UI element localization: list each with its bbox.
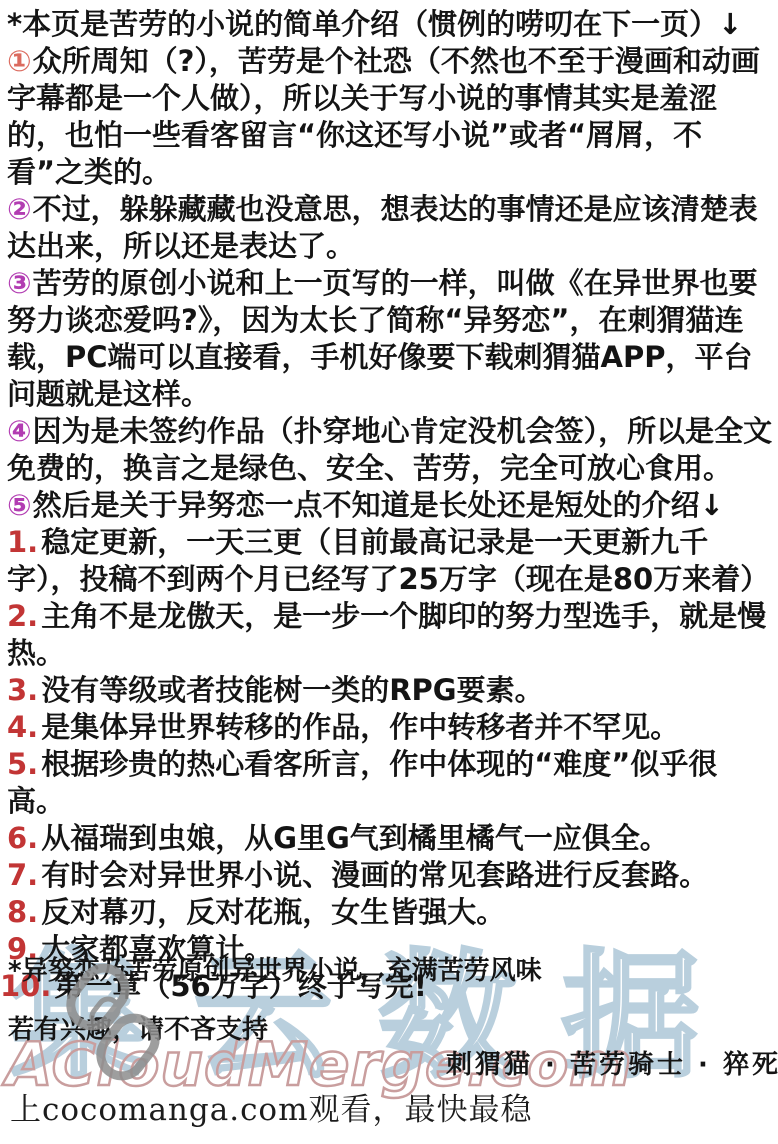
list-number-2: 2.	[7, 599, 38, 633]
intro-paragraph-5-text: 然后是关于异努恋一点不知道是长处还是短处的介绍↓	[33, 488, 724, 522]
intro-paragraph-3: ③苦劳的原创小说和上一页写的一样，叫做《在异世界也要努力谈恋爱吗?》，因为太长了…	[7, 265, 775, 413]
intro-paragraph-2: ②不过，躲躲藏藏也没意思，想表达的事情还是应该清楚表达出来，所以还是表达了。	[7, 191, 775, 265]
intro-paragraph-1: ①众所周知（?），苦劳是个社恐（不然也不至于漫画和动画字幕都是一个人做），所以关…	[7, 43, 775, 191]
list-number-4: 4.	[7, 710, 38, 744]
list-item-4: 4.是集体异世界转移的作品，作中转移者并不罕见。	[7, 709, 775, 746]
list-item-6-text: 从福瑞到虫娘，从G里G气到橘里橘气一应俱全。	[41, 821, 669, 855]
list-item-3: 3.没有等级或者技能树一类的RPG要素。	[7, 672, 775, 709]
author-credit: 刺猬猫 · 苦劳骑士 · 猝死更新	[446, 1044, 778, 1081]
list-item-1: 1.稳定更新，一天三更（目前最高记录是一天更新九千字），投稿不到两个月已经写了2…	[7, 524, 775, 598]
novel-feature-list: 1.稳定更新，一天三更（目前最高记录是一天更新九千字），投稿不到两个月已经写了2…	[7, 524, 775, 1005]
intro-paragraph-3-text: 苦劳的原创小说和上一页写的一样，叫做《在异世界也要努力谈恋爱吗?》，因为太长了简…	[7, 266, 758, 411]
circled-number-2: ②	[7, 192, 32, 226]
list-item-7-text: 有时会对异世界小说、漫画的常见套路进行反套路。	[41, 858, 708, 892]
list-item-6: 6.从福瑞到虫娘，从G里G气到橘里橘气一应俱全。	[7, 820, 775, 857]
main-text-block: *本页是苦劳的小说的简单介绍（惯例的唠叨在下一页）↓ ①众所周知（?），苦劳是个…	[7, 6, 775, 1005]
intro-paragraph-5: ⑤然后是关于异努恋一点不知道是长处还是短处的介绍↓	[7, 487, 775, 524]
circled-number-4: ④	[7, 414, 32, 448]
list-item-1-text: 稳定更新，一天三更（目前最高记录是一天更新九千字），投稿不到两个月已经写了25万…	[7, 525, 769, 596]
list-number-1: 1.	[7, 525, 38, 559]
list-item-5-text: 根据珍贵的热心看客所言，作中体现的“难度”似乎很高。	[7, 747, 717, 818]
list-item-3-text: 没有等级或者技能树一类的RPG要素。	[41, 673, 543, 707]
intro-title: *本页是苦劳的小说的简单介绍（惯例的唠叨在下一页）↓	[7, 6, 775, 43]
circled-number-3: ③	[7, 266, 32, 300]
list-item-8: 8.反对幕刃，反对花瓶，女生皆强大。	[7, 894, 775, 931]
intro-paragraph-1-text: 众所周知（?），苦劳是个社恐（不然也不至于漫画和动画字幕都是一个人做），所以关于…	[7, 44, 760, 189]
list-number-6: 6.	[7, 821, 38, 855]
manga-author-note-page: 集云数据 ACloudMerge.com *本页是苦劳的小说的简单介绍（惯例的唠…	[0, 0, 778, 1144]
list-item-4-text: 是集体异世界转移的作品，作中转移者并不罕见。	[41, 710, 679, 744]
list-number-8: 8.	[7, 895, 38, 929]
circled-number-1: ①	[7, 44, 32, 78]
list-item-5: 5.根据珍贵的热心看客所言，作中体现的“难度”似乎很高。	[7, 746, 775, 820]
list-number-5: 5.	[7, 747, 38, 781]
circled-number-5: ⑤	[7, 488, 32, 522]
list-item-8-text: 反对幕刃，反对花瓶，女生皆强大。	[41, 895, 505, 929]
intro-paragraph-4: ④因为是未签约作品（扑穿地心肯定没机会签），所以是全文免费的，换言之是绿色、安全…	[7, 413, 775, 487]
list-item-7: 7.有时会对异世界小说、漫画的常见套路进行反套路。	[7, 857, 775, 894]
intro-paragraph-2-text: 不过，躲躲藏藏也没意思，想表达的事情还是应该清楚表达出来，所以还是表达了。	[7, 192, 758, 263]
intro-paragraph-4-text: 因为是未签约作品（扑穿地心肯定没机会签），所以是全文免费的，换言之是绿色、安全、…	[7, 414, 772, 485]
list-number-7: 7.	[7, 858, 38, 892]
list-item-2-text: 主角不是龙傲天，是一步一个脚印的努力型选手，就是慢热。	[7, 599, 766, 670]
list-item-2: 2.主角不是龙傲天，是一步一个脚印的努力型选手，就是慢热。	[7, 598, 775, 672]
chain-link-icon	[55, 960, 185, 1110]
list-number-3: 3.	[7, 673, 38, 707]
